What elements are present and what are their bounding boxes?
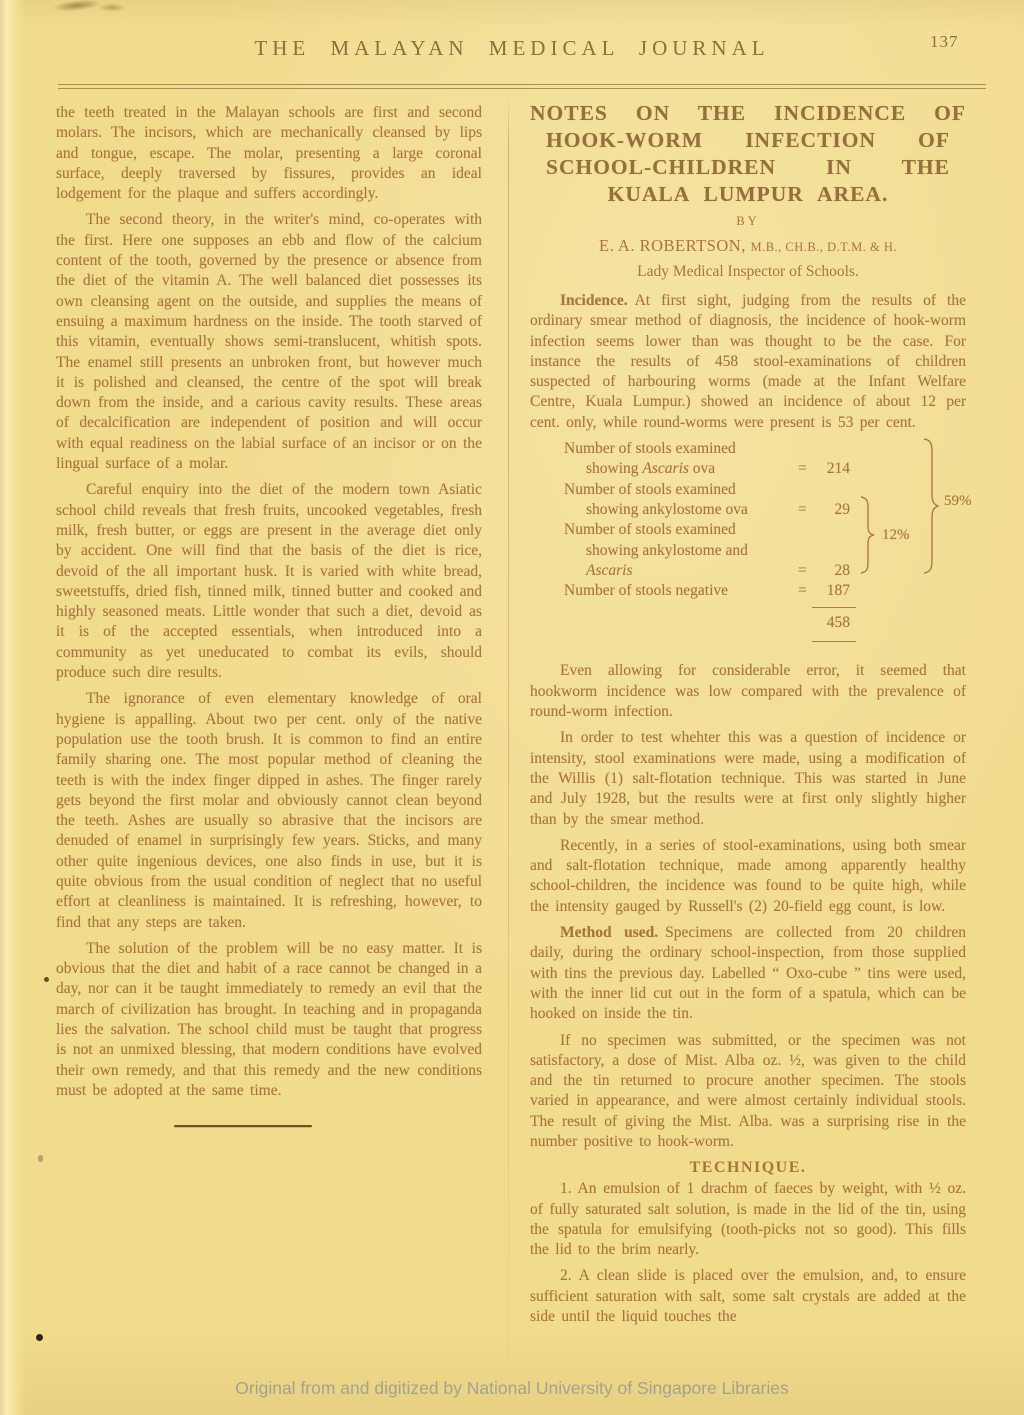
stats-label-part: showing <box>586 460 642 477</box>
right-column: NOTES ON THE INCIDENCE OF HOOK-WORM INFE… <box>530 100 966 1333</box>
paragraph: Recently, in a series of stool-examinati… <box>530 836 966 917</box>
ink-mark-artifact <box>38 1155 43 1162</box>
paragraph: the teeth treated in the Malayan schools… <box>56 103 482 204</box>
footer-credit: Original from and digitized by National … <box>0 1378 1024 1399</box>
stats-label-part: Number of stools negative <box>564 582 728 599</box>
percent-label-12: 12% <box>882 525 910 545</box>
journal-page: THE MALAYAN MEDICAL JOURNAL 137 the teet… <box>0 0 1024 1415</box>
stat-value: 214 <box>806 459 850 479</box>
paragraph: In order to test whehter this was a ques… <box>530 728 966 829</box>
paragraph: If no specimen was submitted, or the spe… <box>530 1031 966 1153</box>
stat-value: 29 <box>806 500 850 520</box>
article-title-line: KUALA LUMPUR AREA. <box>530 181 966 208</box>
paragraph: Even allowing for considerable error, it… <box>530 661 966 722</box>
author-role: Lady Medical Inspector of Schools. <box>530 263 966 281</box>
article-title-line: HOOK-WORM INFECTION OF <box>530 127 966 154</box>
stats-total: 458 <box>530 601 966 651</box>
article-title-line: NOTES ON THE INCIDENCE OF <box>530 100 966 127</box>
stats-table: Number of stools examined showing Ascari… <box>530 439 966 651</box>
stat-value: 28 <box>806 561 850 581</box>
total-value: 458 <box>806 613 850 633</box>
ink-dot-artifact <box>44 977 49 982</box>
end-of-article-rule <box>174 1125 312 1127</box>
percent-label-59: 59% <box>944 491 972 511</box>
paragraph: The solution of the problem will be no e… <box>56 939 482 1101</box>
brace-59-percent-icon <box>920 437 940 583</box>
method-paragraph: Method used.Specimens are collected from… <box>530 923 966 1024</box>
stats-label-part: ova <box>689 460 715 477</box>
total-rule-top <box>812 607 856 608</box>
ascaris-italic: Ascaris <box>586 562 633 579</box>
stats-row-label: Number of stools examined <box>530 480 966 500</box>
stats-row: showing ankylostome ova = 29 <box>530 500 966 520</box>
header-rule <box>58 84 986 89</box>
scan-smudge <box>52 0 103 14</box>
journal-title: THE MALAYAN MEDICAL JOURNAL <box>0 36 1024 61</box>
stats-row-label: Number of stools examined <box>530 439 966 459</box>
total-rule-bottom <box>812 641 856 642</box>
column-divider <box>508 95 509 1363</box>
article-title: NOTES ON THE INCIDENCE OF HOOK-WORM INFE… <box>530 100 966 208</box>
stats-row: Ascaris = 28 <box>530 561 966 581</box>
technique-heading: TECHNIQUE. <box>530 1159 966 1177</box>
author-name: E. A. ROBERTSON, <box>599 236 746 255</box>
page-number: 137 <box>930 32 959 52</box>
author-degrees: M.B., CH.B., D.T.M. & H. <box>750 240 897 254</box>
ink-dot-artifact <box>36 1334 43 1341</box>
ascaris-italic: Ascaris <box>642 460 689 477</box>
incidence-heading: Incidence. <box>560 292 628 309</box>
left-column: the teeth treated in the Malayan schools… <box>56 103 482 1127</box>
technique-item: 1. An emulsion of 1 drachm of faeces by … <box>530 1179 966 1260</box>
author-line: E. A. ROBERTSON, M.B., CH.B., D.T.M. & H… <box>530 236 966 256</box>
brace-12-percent-icon <box>858 495 876 583</box>
technique-item: 2. A clean slide is placed over the emul… <box>530 1266 966 1327</box>
stat-value: 187 <box>806 581 850 601</box>
paragraph: Careful enquiry into the diet of the mod… <box>56 480 482 683</box>
byline-label: BY <box>530 214 966 229</box>
article-title-line: SCHOOL-CHILDREN IN THE <box>530 154 966 181</box>
method-heading: Method used. <box>560 924 658 941</box>
paragraph: The second theory, in the writer's mind,… <box>56 210 482 474</box>
incidence-paragraph: Incidence.At first sight, judging from t… <box>530 291 966 433</box>
stats-row: showing Ascaris ova = 214 <box>530 459 966 479</box>
paragraph: The ignorance of even elementary knowled… <box>56 689 482 933</box>
stats-row: Number of stools negative = 187 <box>530 581 966 601</box>
incidence-text: At first sight, judging from the results… <box>530 292 966 431</box>
scan-smudge <box>98 3 126 12</box>
stats-label-part: showing ankylostome ova <box>586 501 748 518</box>
